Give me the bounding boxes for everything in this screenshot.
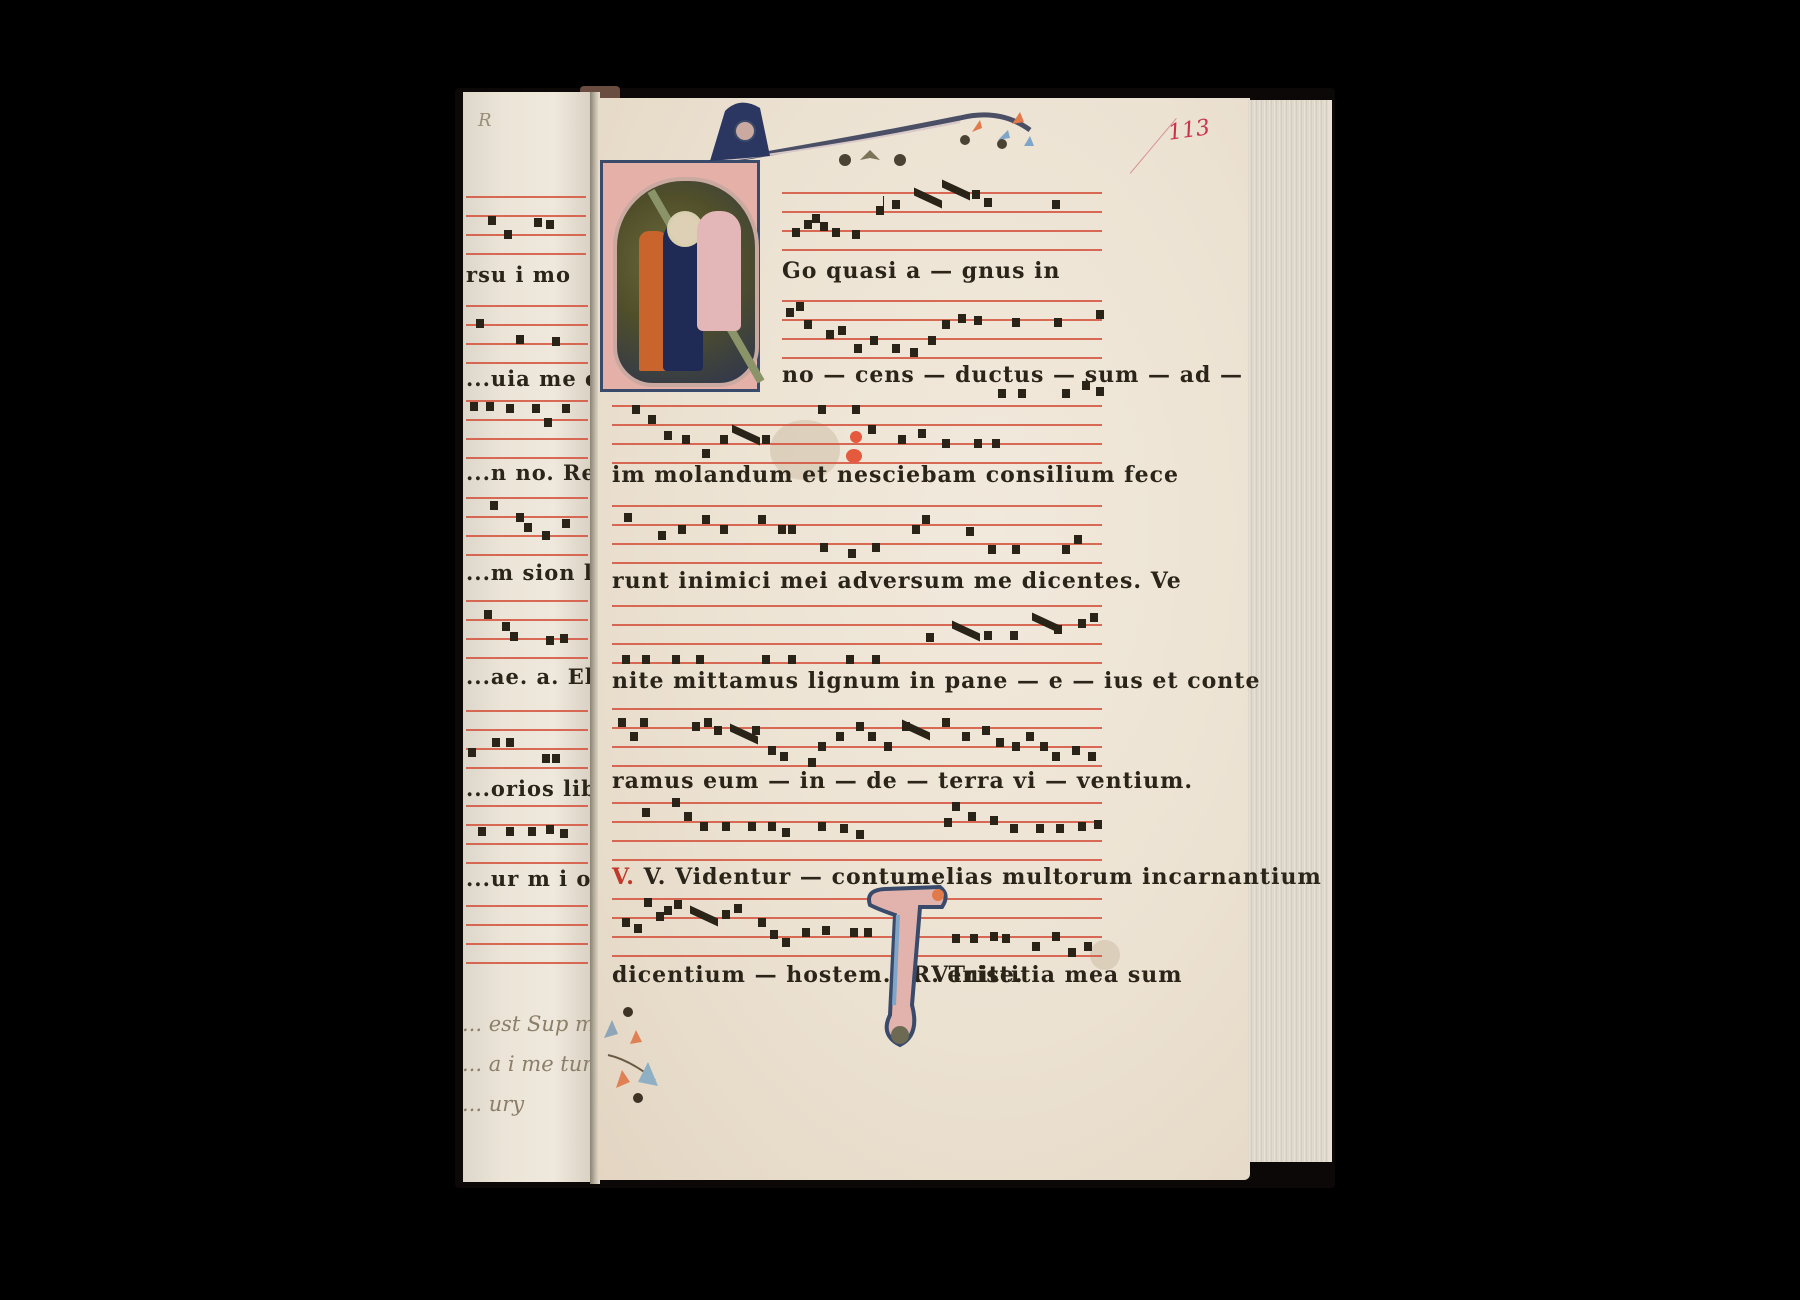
page-edges-stack xyxy=(1248,100,1332,1162)
rubric-versicle: V. xyxy=(612,864,635,890)
left-lyric-1: rsu i mo xyxy=(466,262,571,287)
staff-7 xyxy=(612,802,1102,860)
left-lyric-4: ...m sion la xyxy=(466,560,607,585)
left-staff-4 xyxy=(466,497,588,555)
left-lyric-3: ...n no. Re xyxy=(466,460,596,485)
left-gloss-3: ... ury xyxy=(462,1092,524,1116)
left-gloss-1: ... est Sup me xyxy=(462,1012,607,1036)
staff-4 xyxy=(612,505,1102,563)
left-staff-3 xyxy=(466,400,588,458)
left-staff-7 xyxy=(466,805,588,863)
red-dot xyxy=(846,449,862,463)
lyric-line-3: im molandum et nesciebam consilium fece xyxy=(612,462,1179,488)
lyric-line-2: no — cens — ductus — sum — ad — xyxy=(782,362,1243,388)
staff-1 xyxy=(782,192,1102,250)
vine-flourish-icon xyxy=(730,100,1040,170)
red-dot xyxy=(850,431,862,443)
staff-3 xyxy=(612,405,1102,463)
lyric-line-4: runt inimici mei adversum me dicentes. V… xyxy=(612,568,1182,594)
lyric-line-1: Go quasi a — gnus in xyxy=(782,258,1061,284)
left-staff-6 xyxy=(466,710,588,768)
lyric-line-6: ramus eum — in — de — terra vi — ventium… xyxy=(612,768,1193,794)
left-staff-1 xyxy=(466,196,586,254)
lyric-line-5: nite mittamus lignum in pane — e — ius e… xyxy=(612,668,1260,694)
left-staff-8 xyxy=(466,905,588,963)
illuminated-initial-e xyxy=(600,160,760,392)
left-rubric-letter: R xyxy=(478,110,492,131)
miniature-scene xyxy=(613,177,759,387)
staff-5 xyxy=(612,605,1102,663)
initial-finial-icon xyxy=(705,96,775,166)
figure-pink-robe xyxy=(697,211,741,331)
staff-2 xyxy=(782,300,1102,358)
left-staff-2 xyxy=(466,305,588,363)
staff-6 xyxy=(612,708,1102,766)
left-staff-5 xyxy=(466,600,588,658)
staff-8 xyxy=(612,898,1102,956)
vine-ornament-icon xyxy=(600,1000,670,1115)
lyric-line-9: R. Tristitia mea sum xyxy=(912,962,1183,988)
manuscript-photo: R rsu i mo ...uia me et ...n no. Re ...m… xyxy=(0,0,1800,1300)
lyric-line-7: V. V. Videntur — contumelias multorum in… xyxy=(612,864,1322,890)
illuminated-initial-t xyxy=(860,885,950,1050)
left-lyric-2: ...uia me et xyxy=(466,366,610,391)
